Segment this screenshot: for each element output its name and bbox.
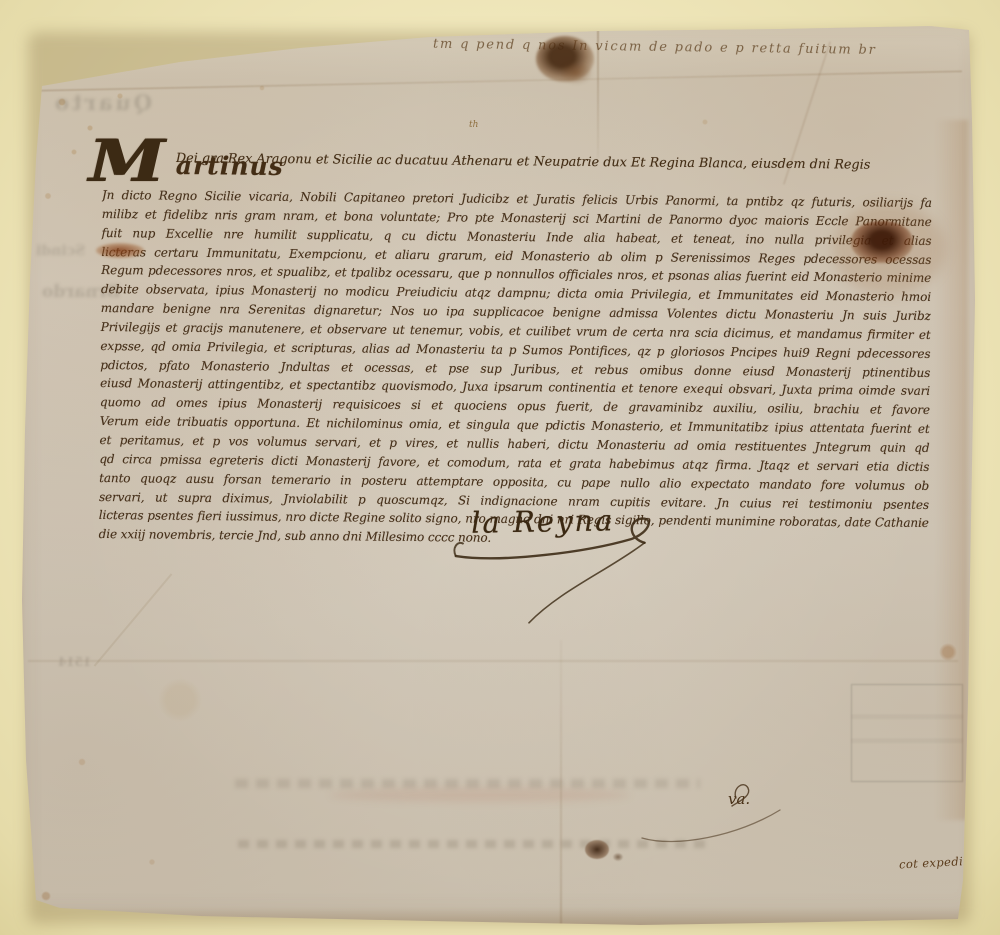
parchment-sheet: Quarto Scindi Brnardo 1514 tm q pend q n…: [0, 0, 1000, 935]
parchment-edge-shading: [0, 0, 1000, 935]
manuscript-photo: Quarto Scindi Brnardo 1514 tm q pend q n…: [0, 0, 1000, 935]
